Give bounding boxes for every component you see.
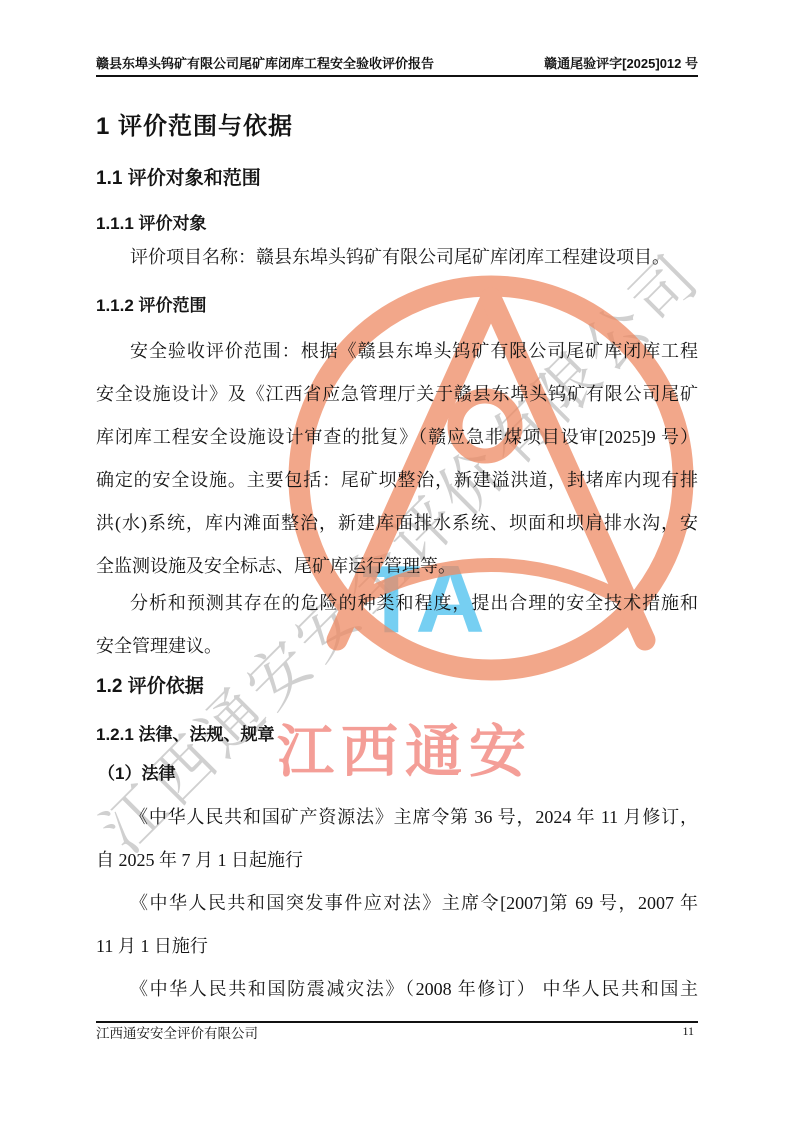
paragraph-line: 评价项目名称：赣县东埠头钨矿有限公司尾矿库闭库工程建设项目。 bbox=[96, 236, 698, 279]
paragraph-line: 11 月 1 日施行 bbox=[96, 925, 698, 968]
paragraph-laws: 《中华人民共和国矿产资源法》主席令第 36 号，2024 年 11 月修订， 自… bbox=[96, 796, 698, 1011]
paragraph-scope: 安全验收评价范围：根据《赣县东埠头钨矿有限公司尾矿库闭库工程 安全设施设计》及《… bbox=[96, 330, 698, 588]
page-content: 赣县东埠头钨矿有限公司尾矿库闭库工程安全验收评价报告 赣通尾验评字[2025]0… bbox=[0, 0, 793, 1122]
list-heading-law: （1）法律 bbox=[98, 764, 175, 784]
paragraph-line: 自 2025 年 7 月 1 日起施行 bbox=[96, 839, 698, 882]
paragraph-eval-object: 评价项目名称：赣县东埠头钨矿有限公司尾矿库闭库工程建设项目。 bbox=[96, 236, 698, 279]
paragraph-line: 确定的安全设施。主要包括：尾矿坝整治，新建溢洪道，封堵库内现有排 bbox=[96, 459, 698, 502]
document-page: 江西通安安全评价有限公司 TA 江西通安 赣县东埠头钨矿有限公司尾矿库闭库工程安… bbox=[0, 0, 793, 1122]
paragraph-analysis: 分析和预测其存在的危险的种类和程度，提出合理的安全技术措施和 安全管理建议。 bbox=[96, 582, 698, 668]
subsection-heading-1-1-2: 1.1.2 评价范围 bbox=[96, 296, 207, 316]
chapter-heading: 1 评价范围与依据 bbox=[96, 113, 293, 142]
section-heading-1-1: 1.1 评价对象和范围 bbox=[96, 168, 261, 191]
paragraph-line: 《中华人民共和国矿产资源法》主席令第 36 号，2024 年 11 月修订， bbox=[96, 796, 698, 839]
header-doc-number: 赣通尾验评字[2025]012 号 bbox=[544, 56, 698, 72]
subsection-heading-1-1-1: 1.1.1 评价对象 bbox=[96, 214, 207, 234]
header-report-title: 赣县东埠头钨矿有限公司尾矿库闭库工程安全验收评价报告 bbox=[96, 56, 434, 72]
paragraph-line: 《中华人民共和国突发事件应对法》主席令[2007]第 69 号，2007 年 bbox=[96, 882, 698, 925]
paragraph-line: 安全管理建议。 bbox=[96, 625, 698, 668]
paragraph-line: 《中华人民共和国防震减灾法》（2008 年修订） 中华人民共和国主 bbox=[96, 968, 698, 1011]
section-heading-1-2: 1.2 评价依据 bbox=[96, 676, 204, 699]
paragraph-line: 安全设施设计》及《江西省应急管理厅关于赣县东埠头钨矿有限公司尾矿 bbox=[96, 373, 698, 416]
subsection-heading-1-2-1: 1.2.1 法律、法规、规章 bbox=[96, 725, 275, 745]
paragraph-line: 分析和预测其存在的危险的种类和程度，提出合理的安全技术措施和 bbox=[96, 582, 698, 625]
footer-page-number: 11 bbox=[682, 1024, 694, 1038]
paragraph-line: 库闭库工程安全设施设计审查的批复》（赣应急非煤项目设审[2025]9 号） bbox=[96, 416, 698, 459]
paragraph-line: 洪(水)系统，库内滩面整治，新建库面排水系统、坝面和坝肩排水沟，安 bbox=[96, 502, 698, 545]
header-rule bbox=[96, 75, 698, 77]
paragraph-line: 安全验收评价范围：根据《赣县东埠头钨矿有限公司尾矿库闭库工程 bbox=[96, 330, 698, 373]
footer-company-name: 江西通安安全评价有限公司 bbox=[96, 1026, 258, 1042]
footer-rule bbox=[96, 1021, 698, 1023]
